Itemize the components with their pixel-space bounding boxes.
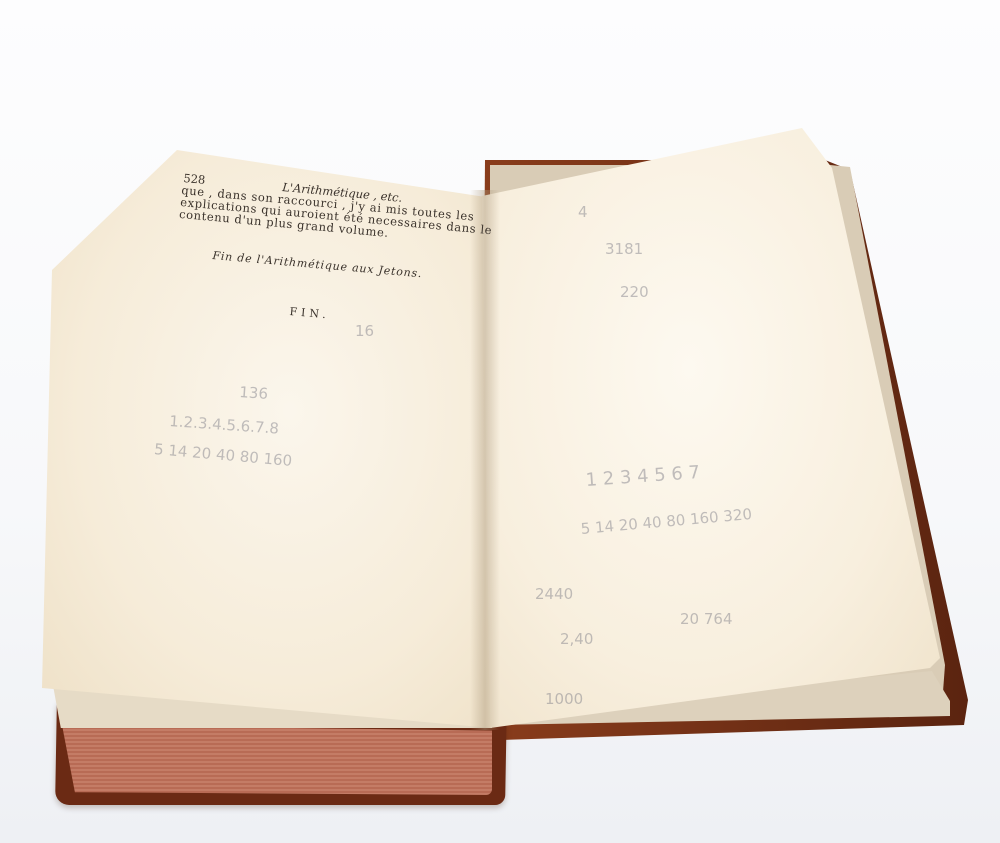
pencil-note: 2,40	[560, 630, 593, 648]
pencil-note: 3181	[605, 240, 643, 258]
pencil-note: 4	[578, 203, 588, 221]
right-page	[482, 128, 942, 728]
red-sprinkled-page-edges	[62, 725, 492, 795]
pencil-note: 16	[355, 322, 374, 340]
pencil-note: 20 764	[680, 610, 733, 628]
pencil-note: 220	[620, 283, 649, 301]
pencil-note: 136	[239, 383, 269, 403]
pencil-note: 2440	[535, 585, 573, 603]
pencil-note: 1000	[545, 690, 583, 708]
book-gutter	[470, 190, 500, 730]
